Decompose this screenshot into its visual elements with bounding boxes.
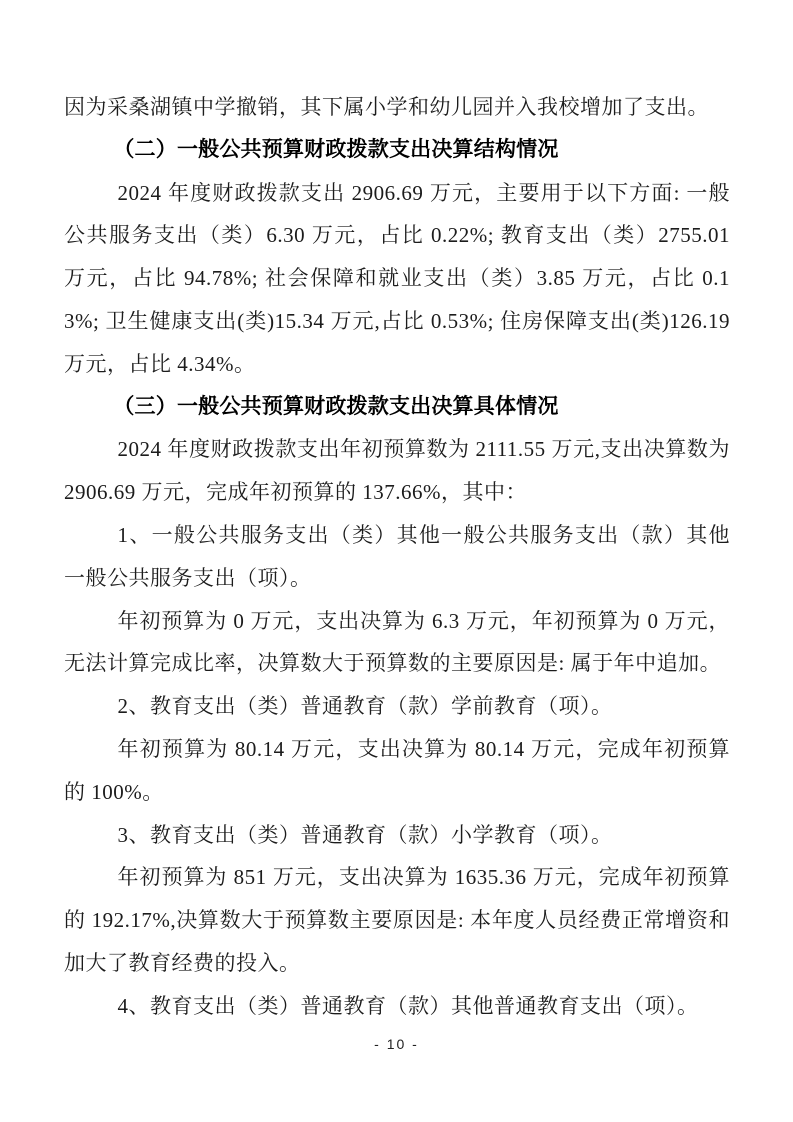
page-number: - 10 - (0, 1036, 793, 1052)
paragraph-item-2-detail: 年初预算为 80.14 万元，支出决算为 80.14 万元，完成年初预算的 10… (64, 728, 730, 814)
paragraph-item-3-detail: 年初预算为 851 万元，支出决算为 1635.36 万元，完成年初预算的 19… (64, 856, 730, 984)
paragraph-item-3-title: 3、教育支出（类）普通教育（款）小学教育（项）。 (64, 814, 730, 857)
paragraph-item-1-title: 1、一般公共服务支出（类）其他一般公共服务支出（款）其他一般公共服务支出（项）。 (64, 514, 730, 600)
paragraph-item-1-detail: 年初预算为 0 万元，支出决算为 6.3 万元，年初预算为 0 万元，无法计算完… (64, 600, 730, 686)
section-heading-3: （三）一般公共预算财政拨款支出决算具体情况 (64, 386, 730, 429)
paragraph-continuation: 因为采桑湖镇中学撤销，其下属小学和幼儿园并入我校增加了支出。 (64, 86, 730, 129)
document-page: 因为采桑湖镇中学撤销，其下属小学和幼儿园并入我校增加了支出。（二）一般公共预算财… (0, 0, 793, 1122)
document-body: 因为采桑湖镇中学撤销，其下属小学和幼儿园并入我校增加了支出。（二）一般公共预算财… (64, 86, 730, 1028)
paragraph-item-2-title: 2、教育支出（类）普通教育（款）学前教育（项）。 (64, 685, 730, 728)
section-heading-2: （二）一般公共预算财政拨款支出决算结构情况 (64, 129, 730, 172)
paragraph-item-4-title: 4、教育支出（类）普通教育（款）其他普通教育支出（项）。 (64, 985, 730, 1028)
paragraph-detail-overview: 2024 年度财政拨款支出年初预算数为 2111.55 万元,支出决算数为 29… (64, 428, 730, 514)
paragraph-structure-overview: 2024 年度财政拨款支出 2906.69 万元，主要用于以下方面: 一般公共服… (64, 172, 730, 386)
